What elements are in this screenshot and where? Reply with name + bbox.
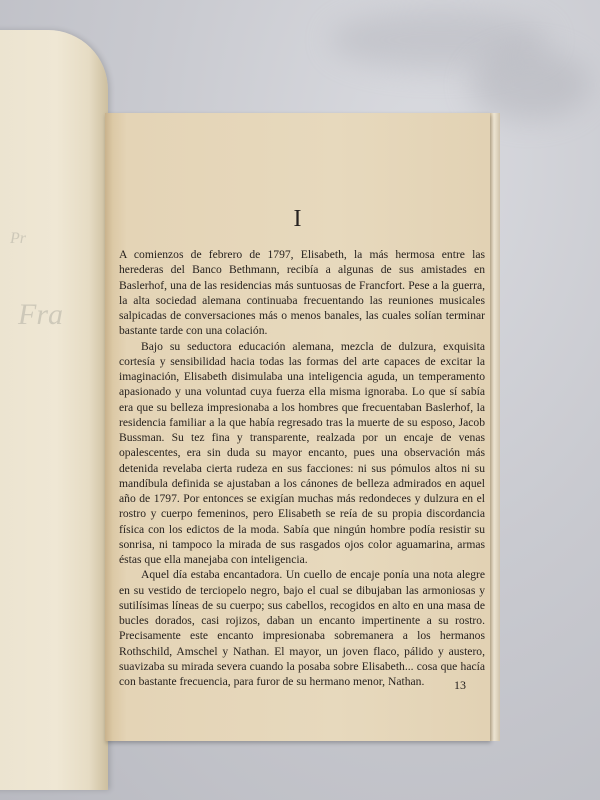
chapter-heading: I <box>105 206 490 233</box>
paragraph: Aquel día estaba encantadora. Un cuello … <box>119 567 485 689</box>
paragraph: Bajo su seductora educación alemana, mez… <box>119 339 485 568</box>
page-number: 13 <box>454 678 466 693</box>
page-edge <box>490 113 500 741</box>
left-page-ghost-text: Pr <box>10 230 26 248</box>
cloth-fold <box>470 50 590 120</box>
left-page: Pr Fra <box>0 30 108 790</box>
paragraph: A comienzos de febrero de 1797, Elisabet… <box>119 247 485 339</box>
book-page: I A comienzos de febrero de 1797, Elisab… <box>105 113 490 741</box>
left-page-ghost-text: Fra <box>18 298 63 332</box>
body-text: A comienzos de febrero de 1797, Elisabet… <box>119 247 485 689</box>
